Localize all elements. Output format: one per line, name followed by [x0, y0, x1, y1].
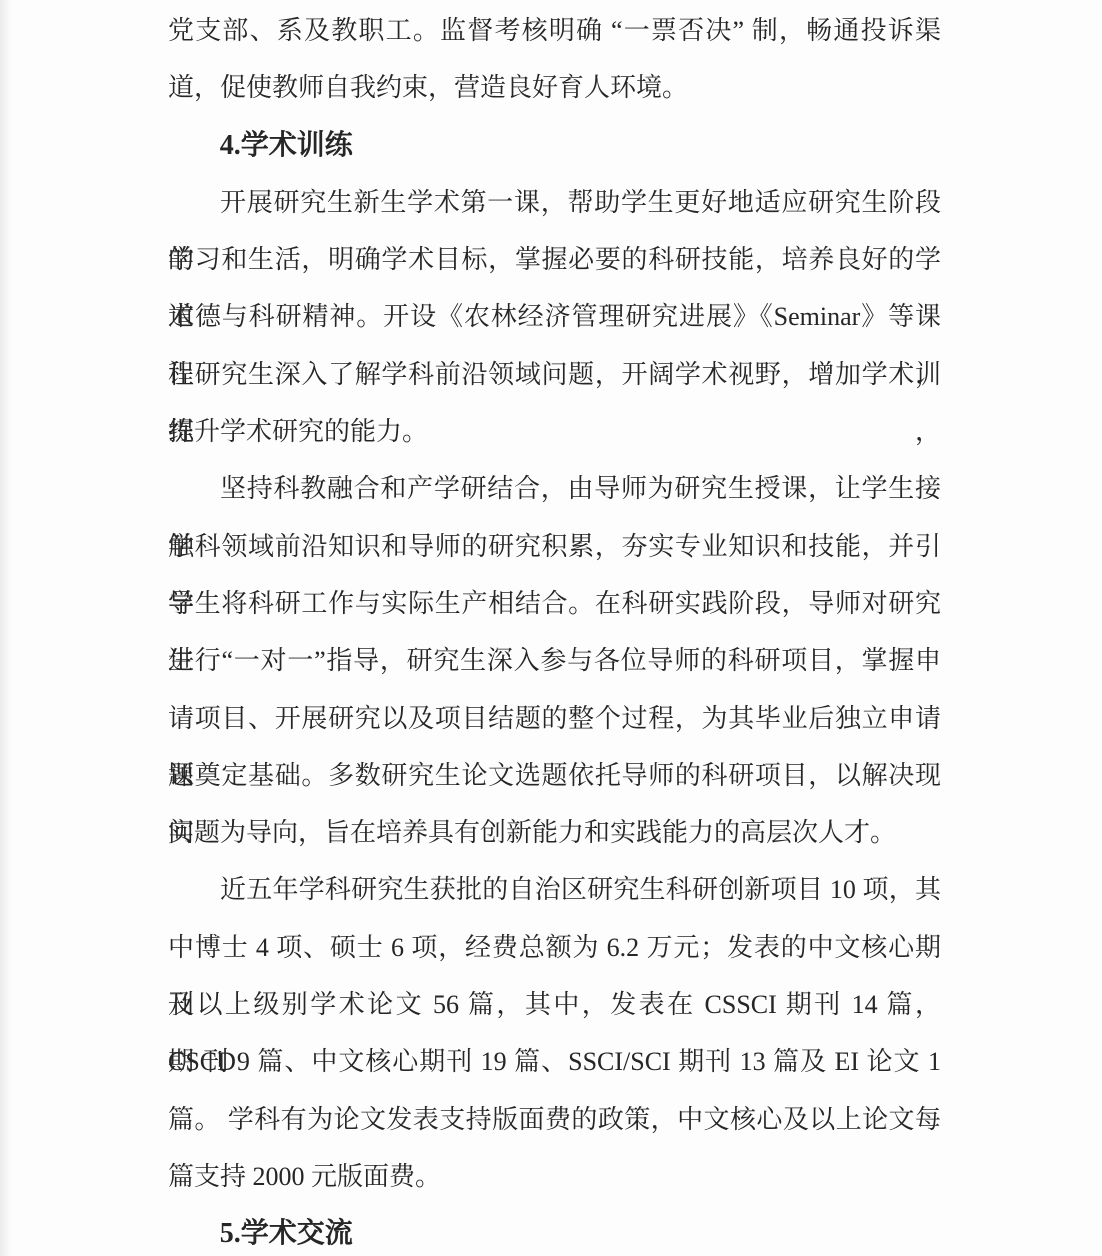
text-line: 道，促使教师自我约束，营造良好育人环境。: [168, 59, 941, 116]
text-line: 题奠定基础。多数研究生论文选题依托导师的科研项目，以解决现实: [168, 747, 941, 804]
text-line: 学生将科研工作与实际生产相结合。在科研实践阶段，导师对研究生: [168, 575, 941, 632]
text-line: 进行“一对一”指导，研究生深入参与各位导师的科研项目，掌握申: [168, 632, 941, 689]
text-line: 篇。 学科有为论文发表支持版面费的政策，中文核心及以上论文每: [168, 1091, 941, 1148]
text-line: 让研究生深入了解学科前沿领域问题，开阔学术视野，增加学术训练，: [168, 346, 941, 403]
text-column: 党支部、系及教职工。监督考核明确 “一票否决” 制，畅通投诉渠 道，促使教师自我…: [168, 2, 941, 1256]
text-line: 及以上级别学术论文 56 篇，其中，发表在 CSSCI 期刊 14 篇，CSCD: [168, 976, 941, 1033]
section-heading-5: 5.学术交流: [168, 1205, 941, 1256]
text-line: 坚持科教融合和产学研结合，由导师为研究生授课，让学生接触: [168, 460, 941, 517]
text-line: 党支部、系及教职工。监督考核明确 “一票否决” 制，畅通投诉渠: [168, 2, 941, 59]
page-left-edge-shadow: [0, 0, 12, 1256]
text-line: 问题为导向，旨在培养具有创新能力和实践能力的高层次人才。: [168, 804, 941, 861]
text-line: 近五年学科研究生获批的自治区研究生科研创新项目 10 项，其: [168, 861, 941, 918]
text-line: 中博士 4 项、硕士 6 项，经费总额为 6.2 万元；发表的中文核心期刊: [168, 919, 941, 976]
text-line: 篇支持 2000 元版面费。: [168, 1148, 941, 1205]
text-line: 请项目、开展研究以及项目结题的整个过程，为其毕业后独立申请课: [168, 690, 941, 747]
text-line: 期 刊 9 篇、中文核心期刊 19 篇、SSCI/SCI 期刊 13 篇及 EI…: [168, 1033, 941, 1090]
text-line: 开展研究生新生学术第一课，帮助学生更好地适应研究生阶段的: [168, 174, 941, 231]
text-line: 学习和生活，明确学术目标，掌握必要的科研技能，培养良好的学术: [168, 231, 941, 288]
text-line: 道德与科研精神。开设《农林经济管理研究进展》《Seminar》等课程，: [168, 288, 941, 345]
text-line: 学科领域前沿知识和导师的研究积累，夯实专业知识和技能，并引导: [168, 518, 941, 575]
section-heading-4: 4.学术训练: [168, 117, 941, 174]
